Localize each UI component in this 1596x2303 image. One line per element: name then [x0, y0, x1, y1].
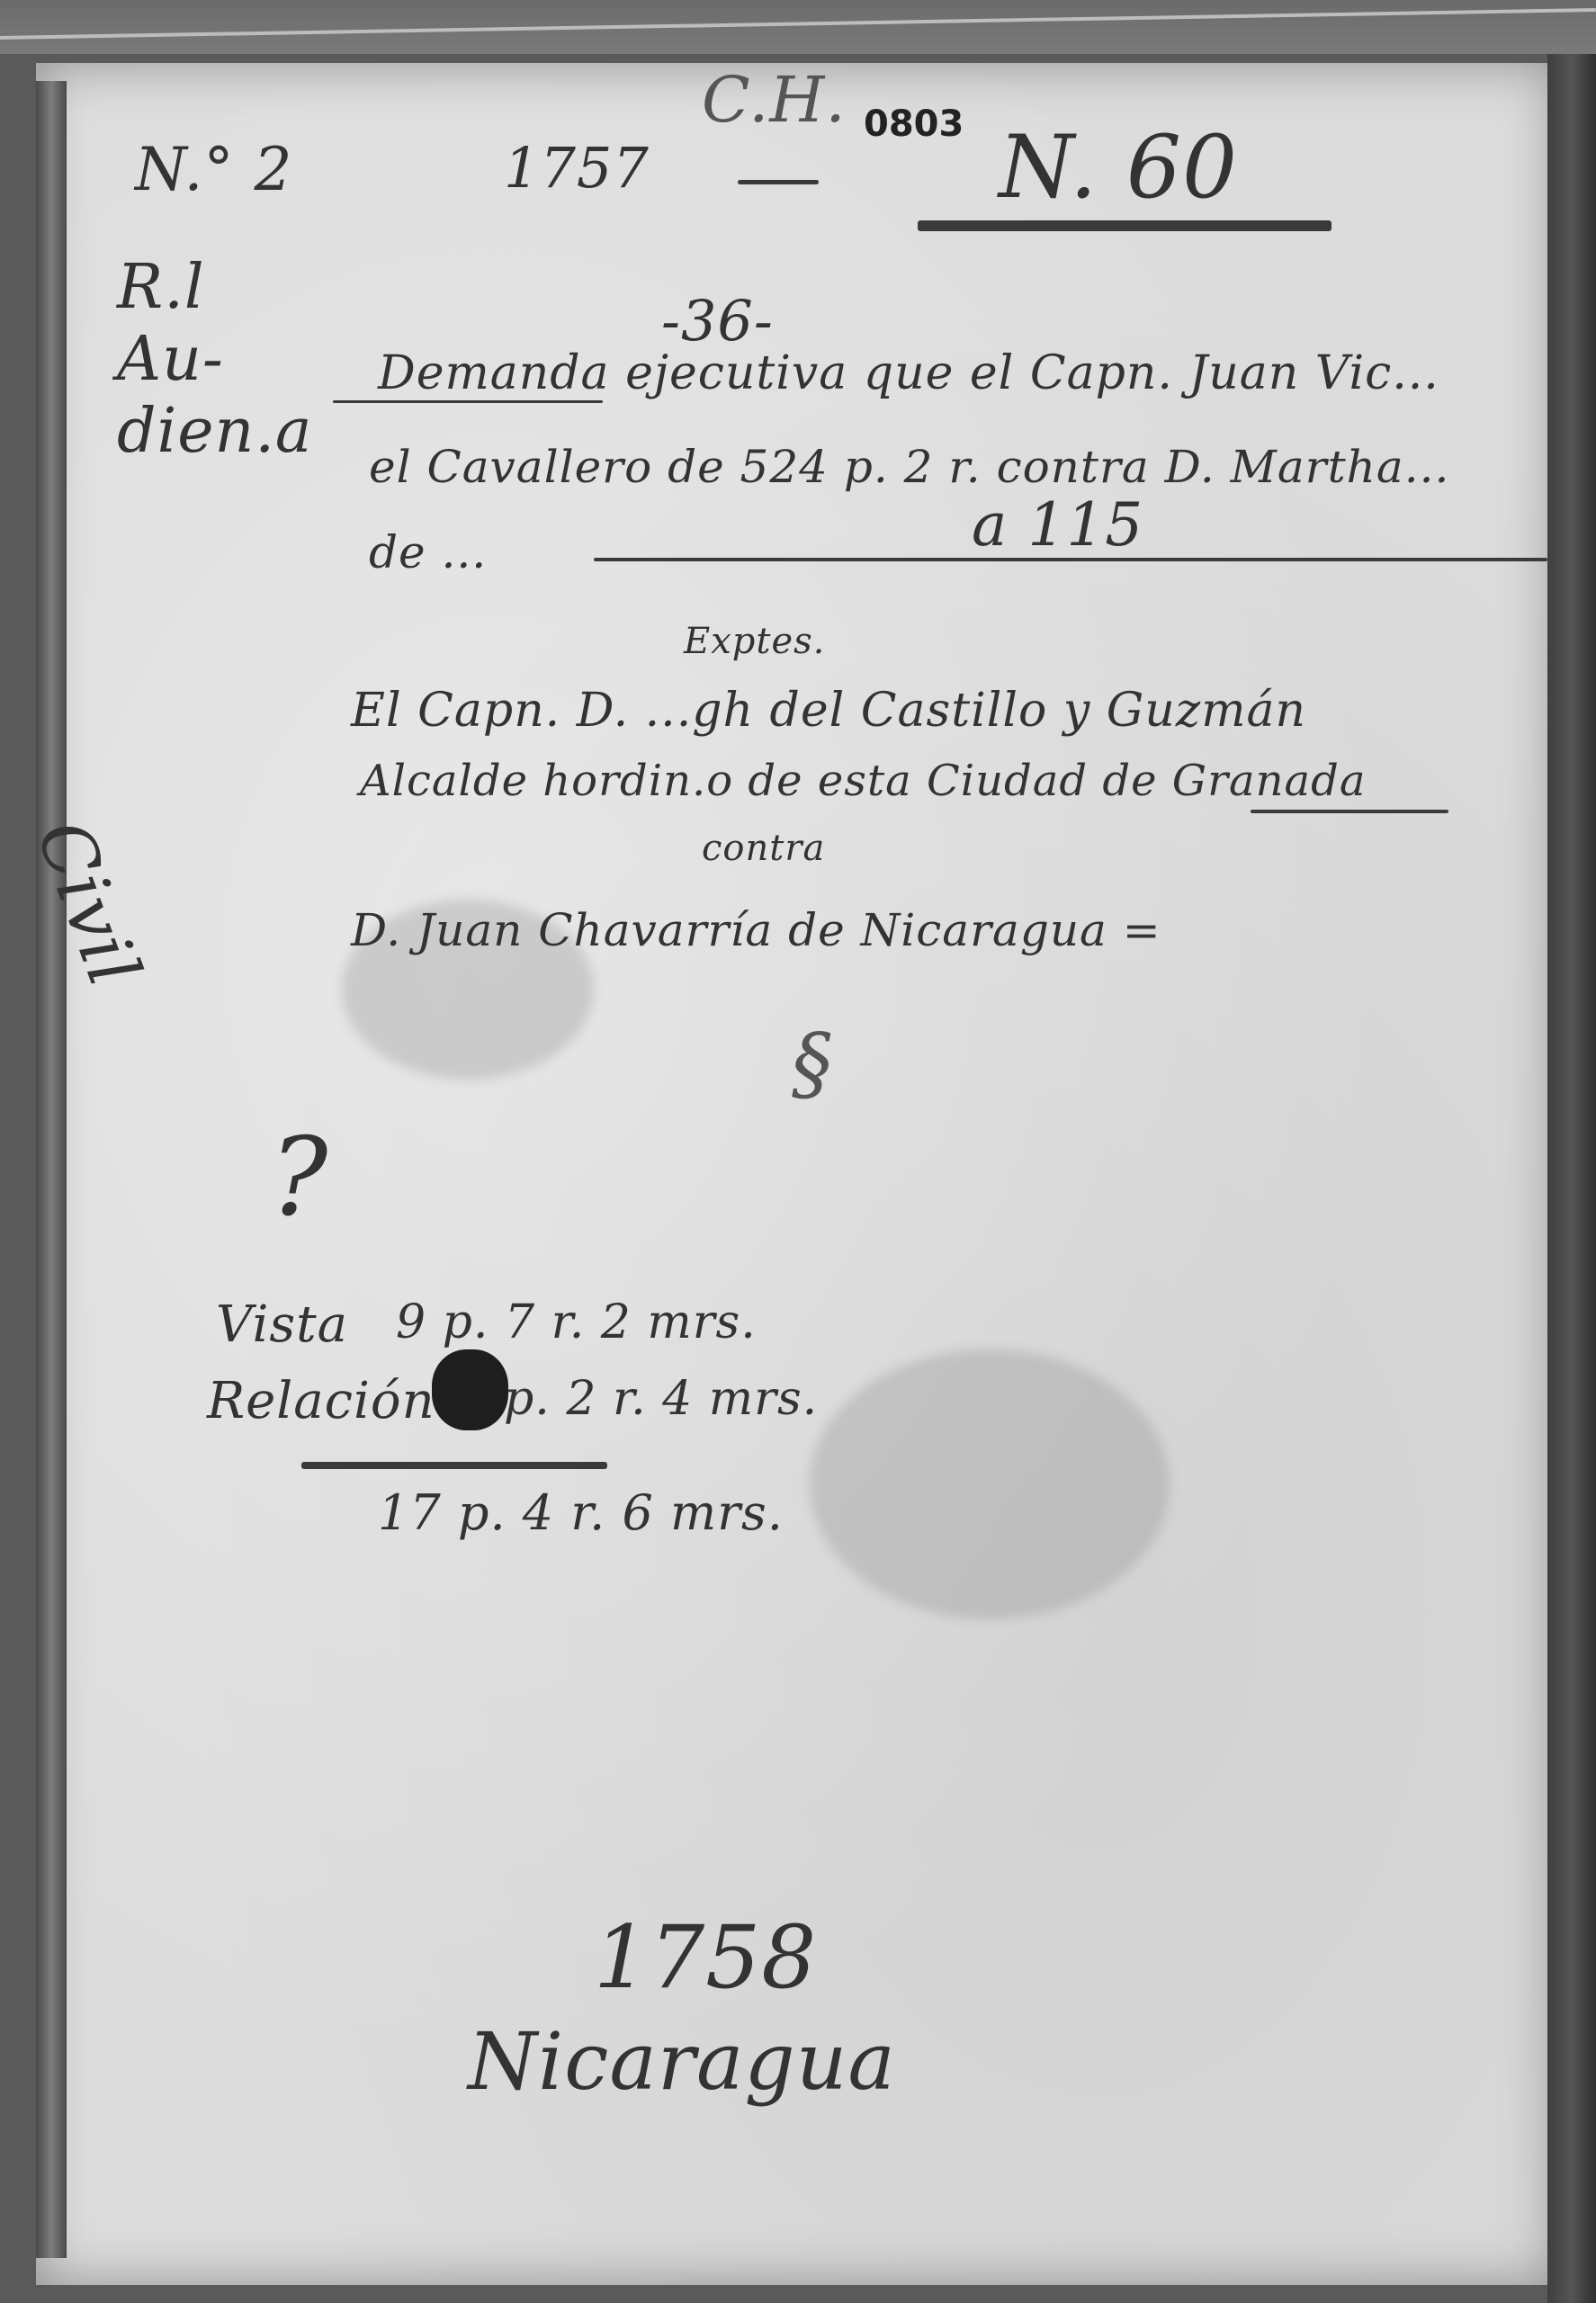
top-scribble: C.H. [702, 63, 847, 137]
cost-total: 17 p. 4 r. 6 mrs. [378, 1484, 784, 1541]
right-binding-edge [1547, 54, 1596, 2303]
paraph-flourish: § [792, 1017, 833, 1111]
title-underline [333, 400, 603, 403]
document-number: N.° 2 [135, 135, 292, 204]
left-binding-edge [36, 81, 67, 2258]
folder-number: N. 60 [999, 117, 1238, 218]
sum-rule [301, 1462, 607, 1469]
plaintiff-rule [1251, 810, 1448, 813]
underline-stroke [918, 220, 1331, 231]
ink-blot [432, 1349, 508, 1430]
plaintiff-line-1: El Capn. D. ...gh del Castillo y Guzmán [351, 684, 1306, 738]
defendant-line: D. Juan Chavarría de Nicaragua = [351, 904, 1161, 956]
title-line-3: de ... [369, 526, 487, 578]
archive-stamp: 0803 [864, 103, 964, 145]
cost-label-vista: Vista [216, 1295, 348, 1354]
paper-stain [810, 1349, 1170, 1619]
year-1757: 1757 [504, 135, 650, 201]
versus-label: contra [702, 828, 825, 869]
cost-amount-vista: 9 p. 7 r. 2 mrs. [396, 1295, 757, 1349]
title-line-2: el Cavallero de 524 p. 2 r. contra D. Ma… [369, 441, 1449, 493]
cost-amount-relacion: p. 2 r. 4 mrs. [504, 1372, 818, 1426]
plaintiff-line-2: Alcalde hordin.o de esta Ciudad de Grana… [360, 756, 1367, 806]
plaintiff-label: Exptes. [684, 621, 825, 662]
folio-reference: a 115 [972, 490, 1143, 560]
footer-year: 1758 [594, 1907, 817, 2008]
title-line-1: Demanda ejecutiva que el Capn. Juan Vic.… [378, 346, 1439, 400]
court-annotation: R.l Au-dien.a [117, 252, 324, 468]
case-number: -36- [661, 288, 774, 354]
cost-label-relacion: Relación [207, 1372, 435, 1430]
v-flourish: ? [270, 1116, 328, 1241]
footer-place: Nicaragua [468, 2015, 896, 2108]
dash-mark [738, 180, 819, 184]
scanner-frame [0, 0, 1596, 54]
